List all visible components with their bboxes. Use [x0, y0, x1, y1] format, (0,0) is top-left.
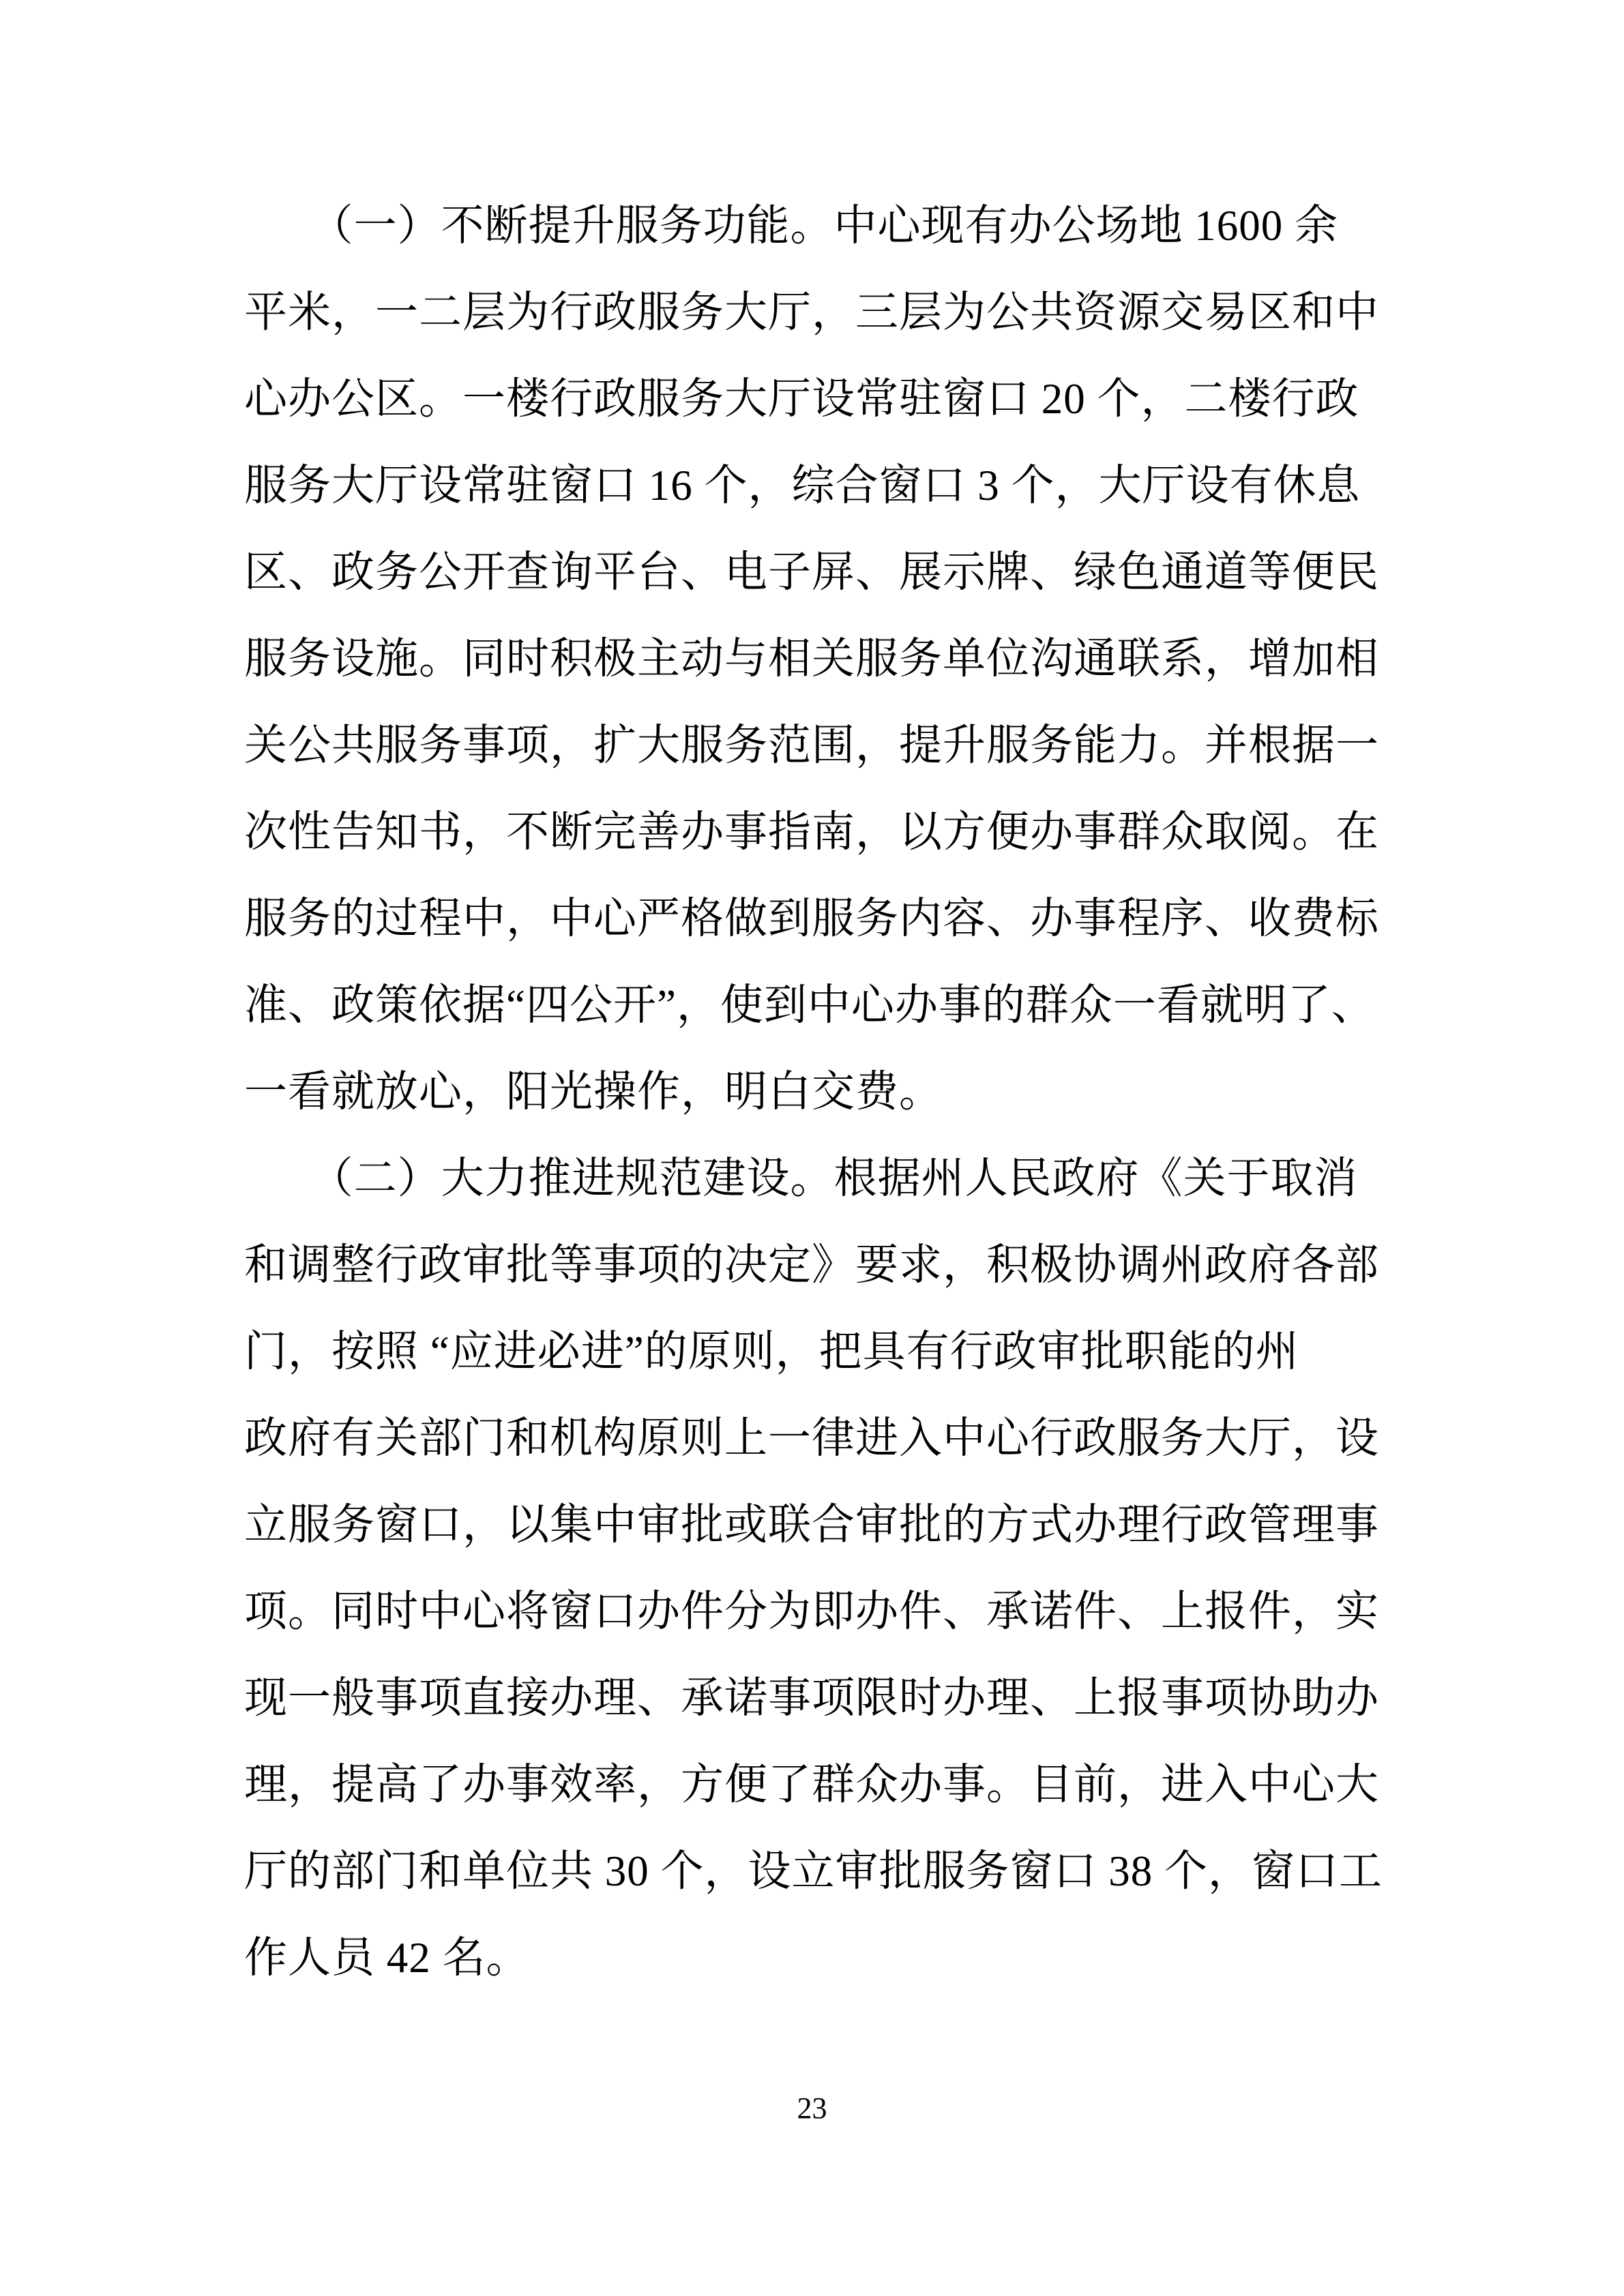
text-line: 服务大厅设常驻窗口 16 个，综合窗口 3 个，大厅设有休息	[244, 443, 1382, 529]
text-line: （二）大力推进规范建设。根据州人民政府《关于取消	[244, 1135, 1382, 1222]
text-line: 服务设施。同时积极主动与相关服务单位沟通联系，增加相	[244, 616, 1382, 702]
text-line: 立服务窗口，以集中审批或联合审批的方式办理行政管理事	[244, 1482, 1382, 1568]
text-line: 服务的过程中，中心严格做到服务内容、办事程序、收费标	[244, 876, 1382, 962]
text-line: 一看就放心，阳光操作，明白交费。	[244, 1049, 1382, 1135]
document-body: （一）不断提升服务功能。中心现有办公场地 1600 余平米，一二层为行政服务大厅…	[244, 183, 1382, 2001]
text-line: 关公共服务事项，扩大服务范围，提升服务能力。并根据一	[244, 702, 1382, 789]
text-line: 门，按照 “应进必进”的原则，把具有行政审批职能的州	[244, 1309, 1382, 1395]
text-line: 政府有关部门和机构原则上一律进入中心行政服务大厅，设	[244, 1395, 1382, 1482]
text-line: 和调整行政审批等事项的决定》要求，积极协调州政府各部	[244, 1222, 1382, 1309]
text-line: 作人员 42 名。	[244, 1915, 1382, 2001]
text-line: （一）不断提升服务功能。中心现有办公场地 1600 余	[244, 183, 1382, 269]
document-page: （一）不断提升服务功能。中心现有办公场地 1600 余平米，一二层为行政服务大厅…	[0, 0, 1624, 2296]
text-line: 理，提高了办事效率，方便了群众办事。目前，进入中心大	[244, 1742, 1382, 1828]
paragraph-1: （一）不断提升服务功能。中心现有办公场地 1600 余平米，一二层为行政服务大厅…	[244, 183, 1382, 1135]
text-line: 平米，一二层为行政服务大厅，三层为公共资源交易区和中	[244, 269, 1382, 356]
text-line: 心办公区。一楼行政服务大厅设常驻窗口 20 个，二楼行政	[244, 356, 1382, 443]
text-line: 厅的部门和单位共 30 个，设立审批服务窗口 38 个，窗口工	[244, 1828, 1382, 1915]
text-line: 项。同时中心将窗口办件分为即办件、承诺件、上报件，实	[244, 1568, 1382, 1655]
text-line: 区、政务公开查询平台、电子屏、展示牌、绿色通道等便民	[244, 529, 1382, 616]
page-number: 23	[0, 2088, 1624, 2129]
text-line: 准、政策依据“四公开”，使到中心办事的群众一看就明了、	[244, 962, 1382, 1049]
paragraph-2: （二）大力推进规范建设。根据州人民政府《关于取消和调整行政审批等事项的决定》要求…	[244, 1135, 1382, 2001]
text-line: 次性告知书，不断完善办事指南，以方便办事群众取阅。在	[244, 789, 1382, 876]
text-line: 现一般事项直接办理、承诺事项限时办理、上报事项协助办	[244, 1655, 1382, 1742]
